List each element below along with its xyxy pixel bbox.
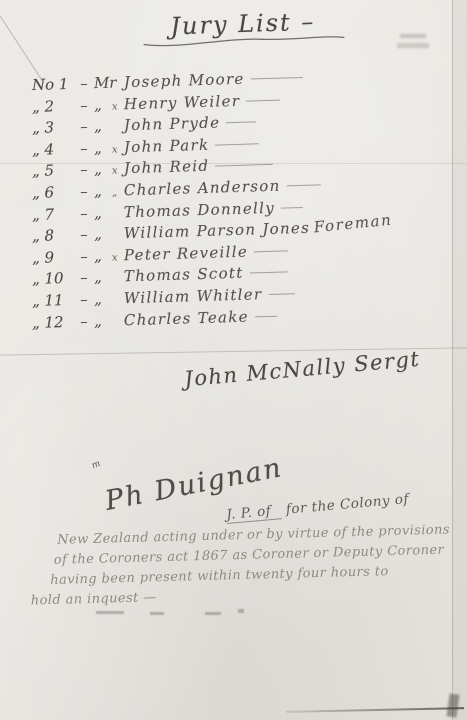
jury-list: No 1–MrJoseph Moore „ 2–„xHenry Weiler „…: [32, 76, 456, 335]
tick-mark: „: [112, 187, 124, 198]
flourish-line: [268, 291, 294, 295]
ditto-mark: „: [94, 246, 113, 265]
flourish-line: [287, 182, 321, 186]
small-ink-mark: m: [90, 459, 102, 471]
entry-number: „ 7: [32, 204, 75, 223]
tick-mark: x: [112, 252, 124, 263]
ditto-mark: „: [94, 225, 113, 244]
attestation-role-line: J. P. of for the Colony of: [226, 491, 410, 523]
paper-bottom-edge: [286, 707, 464, 713]
fold-crease-diagonal: [0, 6, 45, 84]
dash: –: [74, 290, 95, 309]
faded-stamp-mark: [400, 34, 426, 38]
juror-name: Thomas Donnelly: [124, 198, 276, 220]
juror-name: John Park: [124, 136, 210, 157]
document-page: Jury List – No 1–MrJoseph Moore „ 2–„xHe…: [0, 0, 467, 720]
ditto-mark: „: [94, 95, 113, 114]
juror-name: William Parson Jones: [124, 219, 311, 243]
dash: –: [74, 139, 95, 158]
ditto-mark: „: [94, 117, 113, 136]
ditto-mark: „: [94, 268, 113, 287]
juror-name: John Pryde: [124, 114, 221, 135]
ditto-mark: „: [94, 160, 113, 179]
dash: –: [74, 247, 95, 266]
entry-number: „ 12: [32, 312, 75, 331]
flourish-line: [251, 75, 303, 80]
flourish-line: [249, 270, 287, 274]
flourish-line: [215, 141, 259, 145]
dash: –: [74, 312, 95, 331]
dash: –: [74, 182, 95, 201]
pencil-smudge: [238, 609, 244, 613]
juror-name: Charles Teake: [124, 307, 249, 329]
ditto-mark: „: [94, 203, 113, 222]
dash: –: [74, 96, 95, 115]
dash: –: [74, 269, 95, 288]
ditto-mark: „: [94, 138, 113, 157]
dash: –: [74, 117, 95, 136]
tick-mark: x: [112, 166, 124, 177]
pencil-smudge: [150, 612, 164, 615]
flourish-line: [246, 97, 280, 101]
dash: –: [74, 74, 95, 93]
ditto-mark: „: [94, 290, 113, 309]
juror-name: Peter Reveille: [124, 242, 249, 264]
ditto-mark: „: [94, 311, 113, 330]
tick-mark: x: [112, 144, 124, 155]
flourish-line: [215, 162, 273, 167]
flourish-line: [226, 120, 256, 124]
entry-number: „ 6: [32, 183, 75, 202]
entry-number: „ 5: [32, 161, 75, 180]
page-title: Jury List –: [127, 6, 358, 51]
juror-name: Joseph Moore: [124, 70, 245, 92]
flourish-line: [281, 205, 303, 209]
flourish-line: [255, 313, 277, 317]
dash: –: [74, 204, 95, 223]
juror-name: Henry Weiler: [124, 91, 241, 112]
juror-name: John Reid: [124, 157, 210, 178]
dash: –: [74, 161, 95, 180]
flourish-line: [254, 248, 288, 252]
ditto-mark: „: [94, 182, 113, 201]
entry-number: No 1: [32, 75, 75, 94]
ditto-mark: Mr: [94, 74, 113, 93]
sergeant-signature: John McNally Sergt: [183, 347, 421, 392]
juror-name: William Whitler: [124, 285, 263, 307]
entry-number: „ 2: [32, 96, 75, 115]
juror-name: Charles Anderson: [124, 177, 281, 200]
entry-number: „ 10: [32, 269, 75, 288]
entry-number: „ 3: [32, 118, 75, 137]
entry-number: „ 9: [32, 248, 75, 267]
pencil-smudge: [205, 612, 221, 615]
entry-number: „ 11: [32, 291, 75, 310]
entry-number: „ 4: [32, 140, 75, 159]
pencil-smudge: [96, 611, 124, 614]
juror-name: Thomas Scott: [124, 264, 244, 286]
role-rest-text: for the Colony of: [285, 491, 409, 518]
attestation-body: New Zealand acting under or by virtue of…: [27, 520, 453, 611]
entry-number: „ 8: [32, 226, 75, 245]
role-underlined-text: J. P. of: [226, 502, 282, 524]
dash: –: [74, 225, 95, 244]
title-text: Jury List –: [170, 7, 316, 40]
faded-stamp-mark: [397, 43, 429, 48]
tick-mark: x: [112, 101, 124, 112]
